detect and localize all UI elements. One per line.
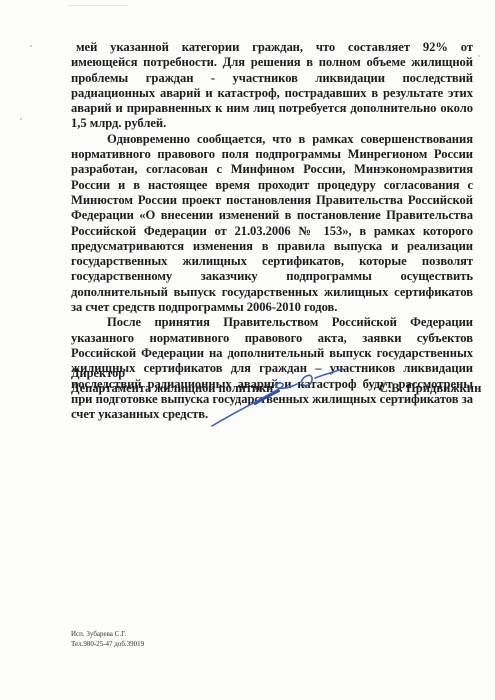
paragraph-2: Одновременно сообщается, что в рамках со… (71, 132, 473, 316)
handwritten-signature-icon (205, 360, 355, 435)
executor-footer: Исп. Зубарева С.Г. Тел.980-25-47 доб.390… (71, 630, 144, 649)
signer-name: С.В. Придвижкин (379, 381, 481, 396)
scan-speck (20, 118, 22, 120)
document-page: мей указанной категории граждан, что сос… (0, 0, 495, 700)
scan-speck (478, 55, 480, 57)
scan-speck (30, 45, 32, 47)
paragraph-1: мей указанной категории граждан, что сос… (71, 40, 473, 132)
executor-name: Исп. Зубарева С.Г. (71, 630, 144, 640)
scan-artifact (68, 5, 128, 6)
executor-phone: Тел.980-25-47 доб.39019 (71, 640, 144, 650)
